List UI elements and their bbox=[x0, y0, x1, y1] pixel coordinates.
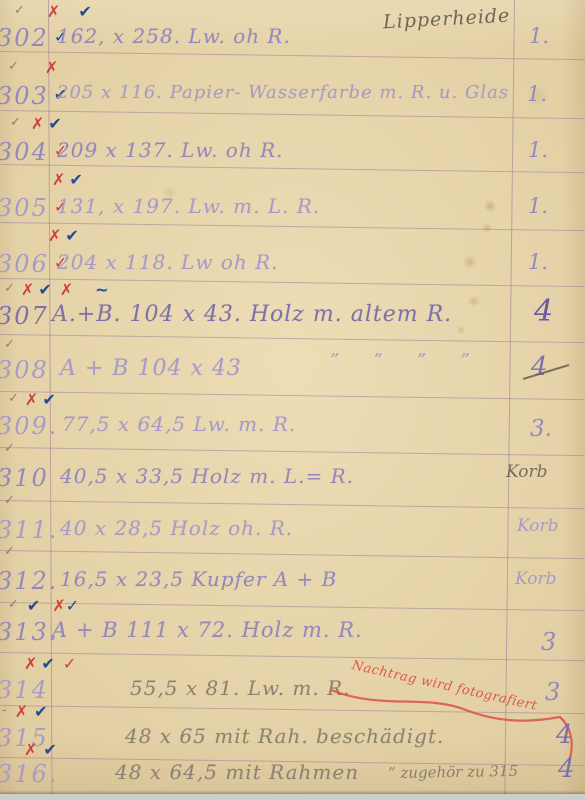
row-value: 3. bbox=[530, 416, 552, 442]
row-value: 1. bbox=[529, 24, 549, 48]
row-number-text: 308 bbox=[0, 356, 49, 384]
pencil-check-icon: ✓ bbox=[8, 392, 19, 405]
blue-check-icon: ✔ bbox=[34, 704, 47, 720]
row-value: 4 bbox=[534, 294, 553, 329]
ruled-line bbox=[0, 602, 585, 611]
pencil-check-icon: ✓ bbox=[14, 4, 25, 17]
pencil-check-icon: ✓ bbox=[8, 60, 19, 73]
row-value: Korb bbox=[517, 516, 559, 536]
ledger-row-312: ✓ 312. 16,5 x 23,5 Kupfer A + B Korb bbox=[0, 567, 585, 568]
row-entry-text: A + B 104 x 43 bbox=[60, 356, 242, 381]
ruled-line bbox=[0, 110, 585, 119]
ledger-row-315: -✗✔ 315 48 x 65 mit Rah. beschädigt. 4 bbox=[0, 724, 585, 725]
red-cross-icon: ✗ bbox=[15, 704, 28, 720]
pencil-check-icon: ✓ bbox=[4, 282, 15, 295]
row-number-text: 304 bbox=[0, 138, 49, 166]
ledger-row-302: ✓✗✔ 302✓ 162, x 258. Lw. oh R. 1. bbox=[0, 24, 585, 25]
scan-bottom-edge bbox=[0, 794, 585, 800]
ruled-line bbox=[0, 391, 585, 400]
pencil-check-icon: ✓ bbox=[10, 116, 21, 129]
row-check-marks: ✗✔✓ bbox=[12, 656, 76, 672]
ledger-row-316: ✗✔ 316. 48 x 64,5 mit Rahmen ” zugehör z… bbox=[0, 760, 585, 761]
ledger-row-307: ✓✗✔✗~ 307 A.+B. 104 x 43. Holz m. altem … bbox=[0, 302, 585, 303]
row-number: 310 bbox=[0, 464, 49, 492]
red-cross-icon: ✗ bbox=[48, 228, 61, 244]
row-check-marks: ✓✗✔ bbox=[10, 116, 62, 132]
red-cross-small-icon: ✗ bbox=[60, 282, 73, 298]
blue-check-icon: ✔ bbox=[78, 4, 91, 20]
row-entry-text: 209 x 137. Lw. oh R. bbox=[57, 138, 284, 162]
row-value: 1. bbox=[528, 250, 548, 274]
row-check-marks: ✓✔✗✓ bbox=[8, 598, 79, 614]
row-value: Korb bbox=[515, 569, 557, 589]
row-number-text: 305 bbox=[0, 194, 49, 222]
row-number: 311. bbox=[0, 516, 58, 544]
row-value: 1. bbox=[528, 138, 548, 162]
row-number-text: 306 bbox=[0, 250, 49, 278]
row-check-marks: ✓ bbox=[4, 494, 15, 507]
ledger-row-310: ✓ 310 40,5 x 33,5 Holz m. L.= R. Korb bbox=[0, 464, 585, 465]
blue-check-small-icon: ✓ bbox=[66, 598, 79, 614]
blue-check-icon: ✔ bbox=[65, 228, 78, 244]
row-entry-text: 16,5 x 23,5 Kupfer A + B bbox=[60, 567, 337, 591]
row-number: 309. bbox=[0, 412, 58, 440]
blue-check-icon: ✔ bbox=[27, 598, 40, 614]
row-number: 314 bbox=[0, 676, 49, 704]
row-check-marks: -✗✔ bbox=[2, 704, 48, 720]
row-value: 1. bbox=[528, 194, 548, 218]
row-entry-text: A.+B. 104 x 43. Holz m. altem R. bbox=[52, 302, 452, 327]
blue-squiggle-icon: ~ bbox=[95, 282, 108, 298]
row-number-text: 313. bbox=[0, 618, 58, 646]
ruled-line bbox=[0, 164, 585, 173]
pencil-check-icon: ✓ bbox=[4, 442, 15, 455]
ledger-row-305: ✗✔ 305✓ 131, x 197. Lw. m. L. R. 1. bbox=[0, 194, 585, 195]
row-check-marks: ✗✔ bbox=[10, 742, 57, 758]
row-value-struck: 4 bbox=[531, 352, 548, 382]
blue-check-icon: ✔ bbox=[38, 282, 51, 298]
row-entry-text: 77,5 x 64,5 Lw. m. R. bbox=[62, 412, 296, 436]
ruled-line bbox=[0, 550, 585, 559]
ruled-line bbox=[0, 500, 585, 509]
row-number-text: 302 bbox=[0, 24, 49, 52]
blue-check-icon: ✔ bbox=[69, 172, 82, 188]
row-value: 1. bbox=[527, 82, 547, 106]
row-entry-text: 162, x 258. Lw. oh R. bbox=[57, 24, 291, 48]
row-number-text: 314 bbox=[0, 676, 49, 704]
row-number-text: 316. bbox=[0, 760, 58, 788]
blue-check-icon: ✔ bbox=[41, 656, 54, 672]
ruled-line bbox=[0, 447, 585, 456]
blue-check-icon: ✔ bbox=[42, 392, 55, 408]
red-cross-icon: ✗ bbox=[45, 60, 58, 76]
red-underline-swoosh bbox=[326, 682, 582, 764]
ledger-row-308: ✓ 308 A + B 104 x 43 ” ” ” ” 4 bbox=[0, 356, 585, 357]
red-cross-icon: ✗ bbox=[24, 742, 37, 758]
row-check-marks: ✗✔ bbox=[24, 228, 79, 244]
row-check-marks: ✓✗✔ bbox=[8, 392, 56, 408]
ledger-row-309: ✓✗✔ 309. 77,5 x 64,5 Lw. m. R. 3. bbox=[0, 412, 585, 413]
value-column-line bbox=[504, 0, 515, 800]
red-cross-icon: ✗ bbox=[47, 4, 60, 20]
pencil-annotation: ” zugehör zu 315 bbox=[388, 762, 518, 782]
row-entry-text: 55,5 x 81. Lw. m. R. bbox=[130, 676, 351, 700]
blue-check-icon: ✔ bbox=[43, 742, 56, 758]
ruled-line bbox=[0, 334, 585, 343]
ditto-marks: ” ” ” ” bbox=[330, 350, 470, 371]
red-check-icon: ✓ bbox=[63, 656, 76, 672]
row-number: 313. bbox=[0, 618, 58, 646]
row-number: 312. bbox=[0, 567, 58, 595]
blue-check-icon: ✔ bbox=[48, 116, 61, 132]
row-number: 307 bbox=[0, 302, 49, 330]
pencil-check-icon: ✓ bbox=[4, 494, 15, 507]
red-cross-icon: ✗ bbox=[24, 656, 37, 672]
row-number-text: 312. bbox=[0, 567, 58, 595]
row-check-marks: ✓✗✔✗~ bbox=[4, 282, 109, 298]
red-cross-icon: ✗ bbox=[31, 116, 44, 132]
row-entry-text: A + B 111 x 72. Holz m. R. bbox=[52, 618, 363, 642]
pencil-check-icon: ✓ bbox=[4, 545, 15, 558]
ledger-scan-page: Lipperheide ✓✗✔ 302✓ 162, x 258. Lw. oh … bbox=[0, 0, 585, 800]
row-check-marks: ✓✗✔ bbox=[14, 4, 92, 20]
row-number: 316. bbox=[0, 760, 58, 788]
ruled-line bbox=[0, 51, 585, 60]
header-collection-note: Lipperheide bbox=[383, 5, 511, 34]
red-cross-icon: ✗ bbox=[21, 282, 34, 298]
row-check-marks: ✓ bbox=[4, 338, 15, 351]
pencil-check-icon: ✓ bbox=[4, 338, 15, 351]
row-check-marks: ✓ bbox=[4, 442, 15, 455]
red-cross-icon: ✗ bbox=[52, 172, 65, 188]
row-check-marks: ✗✔ bbox=[26, 172, 83, 188]
row-entry-text: 40,5 x 33,5 Holz m. L.= R. bbox=[60, 464, 354, 488]
row-number-text: 307 bbox=[0, 302, 49, 330]
ledger-row-303: ✓✗ 303✔ 205 x 116. Papier- Wasserfarbe m… bbox=[0, 82, 585, 83]
row-entry-text: 204 x 118. Lw oh R. bbox=[57, 250, 279, 274]
row-value: Korb bbox=[506, 462, 548, 482]
ledger-row-306: ✗✔ 306✓ 204 x 118. Lw oh R. 1. bbox=[0, 250, 585, 251]
row-entry-text: 48 x 65 mit Rah. beschädigt. bbox=[125, 724, 444, 748]
row-number: 308 bbox=[0, 356, 49, 384]
row-entry-text: 131, x 197. Lw. m. L. R. bbox=[57, 194, 320, 218]
row-number-text: 311. bbox=[0, 516, 58, 544]
pencil-dash-icon: - bbox=[2, 704, 7, 717]
row-value: 4 bbox=[558, 754, 575, 784]
red-cross-icon: ✗ bbox=[52, 598, 65, 614]
ledger-row-314: ✗✔✓ 314 55,5 x 81. Lw. m. R. Nachtrag wi… bbox=[0, 676, 585, 677]
row-number-text: 309. bbox=[0, 412, 58, 440]
ledger-row-311: ✓ 311. 40 x 28,5 Holz oh. R. Korb bbox=[0, 516, 585, 517]
ledger-row-313: ✓✔✗✓ 313. A + B 111 x 72. Holz m. R. 3 bbox=[0, 618, 585, 619]
ruled-line bbox=[0, 652, 585, 661]
row-value: 4 bbox=[556, 720, 573, 750]
row-value: 3 bbox=[541, 628, 556, 656]
row-check-marks: ✓ bbox=[4, 545, 15, 558]
ledger-row-304: ✓✗✔ 304✓ 209 x 137. Lw. oh R. 1. bbox=[0, 138, 585, 139]
row-number-text: 303 bbox=[0, 82, 49, 110]
pencil-check-icon: ✓ bbox=[8, 598, 19, 611]
row-entry-text: 205 x 116. Papier- Wasserfarbe m. R. u. … bbox=[57, 82, 509, 103]
ruled-line bbox=[0, 222, 585, 231]
red-cross-icon: ✗ bbox=[25, 392, 38, 408]
row-check-marks: ✓✗ bbox=[8, 60, 58, 76]
row-entry-text: 48 x 64,5 mit Rahmen bbox=[115, 760, 359, 784]
row-entry-text: 40 x 28,5 Holz oh. R. bbox=[60, 516, 293, 540]
row-number-text: 310 bbox=[0, 464, 49, 492]
